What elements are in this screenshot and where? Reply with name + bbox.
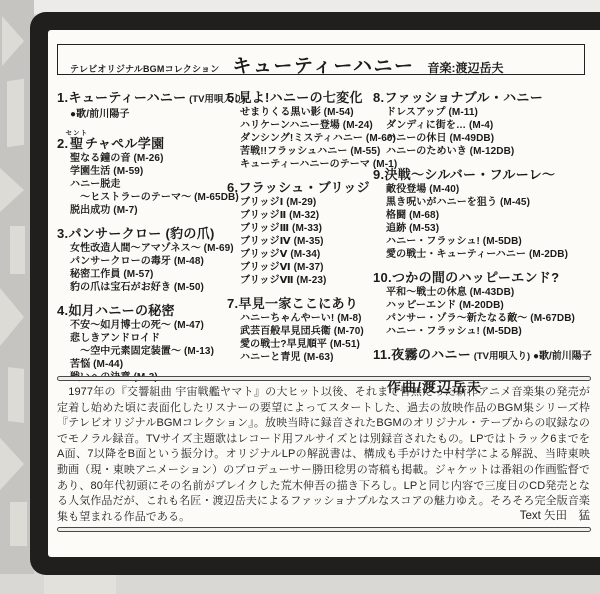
track-group: 10.つかの間のハッピーエンド?平和〜戦士の休息 (M-43DB)ハッピーエンド… <box>373 270 600 338</box>
track-item: 悲しきアンドロイド <box>57 332 225 345</box>
text-credit: Text 矢田 猛 <box>57 507 590 523</box>
tracklist: 1.キューティーハニー (TV用唄入り)●歌/前川陽子2.聖セントチャペル学園聖… <box>57 90 600 378</box>
music-credit: 音楽:渡辺岳夫 <box>427 59 503 76</box>
divider-top <box>57 376 591 381</box>
track-name: 如月ハニーの秘密 <box>68 303 174 318</box>
track-title: 3.パンサークロー (豹の爪) <box>57 226 225 242</box>
track-item: ブリッジⅥ (M-37) <box>227 261 372 274</box>
track-item: ハニー・フラッシュ! (M-5DB) <box>373 325 600 338</box>
track-number: 11. <box>373 347 391 362</box>
track-item: ハニーの休日 (M-49DB) <box>373 132 600 145</box>
track-item: ハニーのためいき (M-12DB) <box>373 145 600 158</box>
track-title: 10.つかの間のハッピーエンド? <box>373 270 600 286</box>
track-item: ブリッジⅠ (M-29) <box>227 196 372 209</box>
track-name: つかの間のハッピーエンド? <box>392 270 559 285</box>
track-group: 2.聖セントチャペル学園聖なる鐘の音 (M-26)学園生活 (M-59)ハニー脱… <box>57 130 225 217</box>
track-item: 女性改造人間〜アマゾネス〜 (M-69) <box>57 242 225 255</box>
track-number: 7. <box>227 296 238 311</box>
background-art-shape <box>8 367 24 423</box>
tracklist-column: 1.キューティーハニー (TV用唄入り)●歌/前川陽子2.聖セントチャペル学園聖… <box>57 90 225 393</box>
track-item: ハニー・フラッシュ! (M-5DB) <box>373 235 600 248</box>
track-title-note: (TV用唄入り) <box>471 351 530 362</box>
track-item: ハニー脱走 <box>57 178 225 191</box>
track-title: 4.如月ハニーの秘密 <box>57 303 225 319</box>
track-item: ブリッジⅦ (M-23) <box>227 274 372 287</box>
track-group: 9.決戦〜シルバー・フルーレ〜敵役登場 (M-40)黒き呪いがハニーを狙う (M… <box>373 167 600 261</box>
track-item: ハリケーンハニー登場 (M-24) <box>227 119 372 132</box>
liner-page: テレビオリジナルBGMコレクション キューティーハニー 音楽:渡辺岳夫 1.キュ… <box>48 30 600 557</box>
tracklist-column: 5.見よ!ハニーの七変化せまりくる黒い影 (M-54)ハリケーンハニー登場 (M… <box>227 90 372 373</box>
track-name: 決戦〜シルバー・フルーレ〜 <box>384 167 555 182</box>
track-group: 8.ファッショナブル・ハニードレスアップ (M-11)ダンディに街を… (M-4… <box>373 90 600 158</box>
track-item: ドレスアップ (M-11) <box>373 106 600 119</box>
track-item: ブリッジⅢ (M-33) <box>227 222 372 235</box>
track-item: 苦戦!!フラッシュハニー (M-55) <box>227 145 372 158</box>
track-item: 愛の戦士?早見順平 (M-51) <box>227 338 372 351</box>
track-item: せまりくる黒い影 (M-54) <box>227 106 372 119</box>
track-group: 1.キューティーハニー (TV用唄入り)●歌/前川陽子 <box>57 90 225 121</box>
track-item: ブリッジⅣ (M-35) <box>227 235 372 248</box>
track-item: 苦悩 (M-44) <box>57 358 225 371</box>
track-item: パンサー・ゾラ〜新たなる敵〜 (M-67DB) <box>373 312 600 325</box>
track-item: ハッピーエンド (M-20DB) <box>373 299 600 312</box>
track-item: 敵役登場 (M-40) <box>373 183 600 196</box>
track-item: キューティーハニーのテーマ (M-1) <box>227 158 372 171</box>
track-item: 平和〜戦士の休息 (M-43DB) <box>373 286 600 299</box>
track-number: 10. <box>373 270 392 285</box>
track-title: 1.キューティーハニー (TV用唄入り) <box>57 90 225 108</box>
divider-bottom <box>57 527 591 532</box>
track-title: 7.早見一家ここにあり <box>227 296 372 312</box>
track-title: 5.見よ!ハニーの七変化 <box>227 90 372 106</box>
track-item: ダンディに街を… (M-4) <box>373 119 600 132</box>
track-item: 聖なる鐘の音 (M-26) <box>57 152 225 165</box>
series-label: テレビオリジナルBGMコレクション <box>70 62 219 75</box>
track-item: ハニーと青児 (M-63) <box>227 351 372 364</box>
track-item: ハニーちゃんやーい! (M-8) <box>227 312 372 325</box>
track-name: フラッシュ・ブリッジ <box>238 180 369 195</box>
track-number: 5. <box>227 90 238 105</box>
track-name: 聖セントチャペル学園 <box>68 136 164 151</box>
header-box: テレビオリジナルBGMコレクション キューティーハニー 音楽:渡辺岳夫 <box>57 44 585 75</box>
track-name: パンサークロー (豹の爪) <box>68 226 214 241</box>
track-title: 11.夜霧のハニー (TV用唄入り) ●歌/前川陽子 <box>373 347 600 365</box>
track-item: 追跡 (M-53) <box>373 222 600 235</box>
background-art-shape <box>10 502 27 546</box>
track-name: 夜霧のハニー <box>391 347 471 362</box>
track-name: 見よ!ハニーの七変化 <box>238 90 362 105</box>
track-name: 早見一家ここにあり <box>238 296 358 311</box>
track-group: 4.如月ハニーの秘密不安〜如月博士の死〜 (M-47)悲しきアンドロイド 〜空中… <box>57 303 225 384</box>
track-name: ファッショナブル・ハニー <box>384 90 543 105</box>
liner-card-frame: テレビオリジナルBGMコレクション キューティーハニー 音楽:渡辺岳夫 1.キュ… <box>30 12 600 575</box>
track-item: ブリッジⅡ (M-32) <box>227 209 372 222</box>
track-item: 学園生活 (M-59) <box>57 165 225 178</box>
track-item: ●歌/前川陽子 <box>57 108 225 121</box>
track-group: 7.早見一家ここにありハニーちゃんやーい! (M-8)武芸百般早見団兵衛 (M-… <box>227 296 372 364</box>
track-item: 秘密工作員 (M-57) <box>57 268 225 281</box>
vocal-credit-inline: ●歌/前川陽子 <box>530 351 592 362</box>
track-number: 8. <box>373 90 384 105</box>
track-item: 〜空中元素固定装置〜 (M-13) <box>57 345 225 358</box>
track-number: 6. <box>227 180 238 195</box>
background-art-shape <box>10 226 25 274</box>
track-item: 格闘 (M-68) <box>373 209 600 222</box>
track-item: 脱出成功 (M-7) <box>57 204 225 217</box>
track-name: キューティーハニー <box>68 90 186 105</box>
track-item: 不安〜如月博士の死〜 (M-47) <box>57 319 225 332</box>
track-item: 黒き呪いがハニーを狙う (M-45) <box>373 196 600 209</box>
track-item: 〜ヒストラーのテーマ〜 (M-65DB) <box>57 191 225 204</box>
track-item: 愛の戦士・キューティーハニー (M-2DB) <box>373 248 600 261</box>
track-item: 武芸百般早見団兵衛 (M-70) <box>227 325 372 338</box>
tracklist-column: 8.ファッショナブル・ハニードレスアップ (M-11)ダンディに街を… (M-4… <box>373 90 600 406</box>
album-title: キューティーハニー <box>232 51 414 78</box>
track-group: 3.パンサークロー (豹の爪)女性改造人間〜アマゾネス〜 (M-69)パンサーク… <box>57 226 225 294</box>
track-group: 5.見よ!ハニーの七変化せまりくる黒い影 (M-54)ハリケーンハニー登場 (M… <box>227 90 372 171</box>
track-title: 6.フラッシュ・ブリッジ <box>227 180 372 196</box>
liner-notes-paragraph: 1977年の『交響組曲 宇宙戦艦ヤマト』の大ヒット以後、それまで皆無だった新作ア… <box>57 385 590 525</box>
track-item: パンサークローの毒牙 (M-48) <box>57 255 225 268</box>
track-number: 3. <box>57 226 68 241</box>
track-number: 1. <box>57 90 68 105</box>
track-title: 8.ファッショナブル・ハニー <box>373 90 600 106</box>
track-title: 2.聖セントチャペル学園 <box>57 130 225 152</box>
track-item: ダンシング!ミスティハニー (M-60) <box>227 132 372 145</box>
track-item: ブリッジⅤ (M-34) <box>227 248 372 261</box>
track-number: 4. <box>57 303 68 318</box>
track-title: 9.決戦〜シルバー・フルーレ〜 <box>373 167 600 183</box>
track-item: 豹の爪は宝石がお好き (M-50) <box>57 281 225 294</box>
track-number: 9. <box>373 167 384 182</box>
background-art-shape <box>7 79 24 147</box>
track-group: 6.フラッシュ・ブリッジブリッジⅠ (M-29)ブリッジⅡ (M-32)ブリッジ… <box>227 180 372 287</box>
